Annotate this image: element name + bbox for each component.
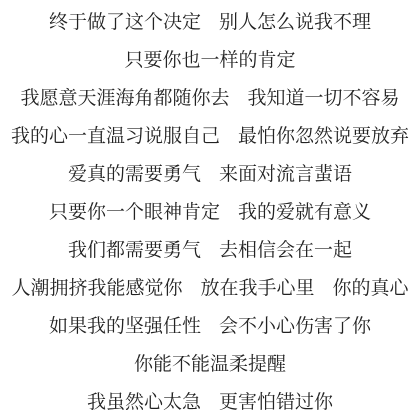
lyric-line: 我的心一直温习说服自己 最怕你忽然说要放弃 bbox=[0, 117, 420, 155]
lyric-line: 人潮拥挤我能感觉你 放在我手心里 你的真心 bbox=[0, 269, 420, 307]
lyric-segment: 只要你也一样的肯定 bbox=[124, 41, 295, 79]
lyric-segment: 我虽然心太急 bbox=[87, 383, 201, 420]
lyric-segment: 你能不能温柔提醒 bbox=[134, 345, 286, 383]
lyric-line: 爱真的需要勇气 来面对流言蜚语 bbox=[0, 155, 420, 193]
lyric-segment: 来面对流言蜚语 bbox=[219, 155, 352, 193]
lyric-segment: 更害怕错过你 bbox=[219, 383, 333, 420]
lyric-segment: 你的真心 bbox=[333, 269, 409, 307]
lyric-line: 只要你一个眼神肯定 我的爱就有意义 bbox=[0, 193, 420, 231]
lyric-segment: 爱真的需要勇气 bbox=[68, 155, 201, 193]
lyric-segment: 如果我的坚强任性 bbox=[49, 307, 201, 345]
lyric-line: 我愿意天涯海角都随你去 我知道一切不容易 bbox=[0, 79, 420, 117]
lyric-line: 终于做了这个决定 别人怎么说我不理 bbox=[0, 3, 420, 41]
lyric-line: 你能不能温柔提醒 bbox=[0, 345, 420, 383]
lyric-segment: 我愿意天涯海角都随你去 bbox=[20, 79, 229, 117]
lyric-segment: 我们都需要勇气 bbox=[68, 231, 201, 269]
lyric-segment: 只要你一个眼神肯定 bbox=[49, 193, 220, 231]
lyric-line: 如果我的坚强任性 会不小心伤害了你 bbox=[0, 307, 420, 345]
lyric-segment: 去相信会在一起 bbox=[219, 231, 352, 269]
lyric-segment: 终于做了这个决定 bbox=[49, 3, 201, 41]
lyric-segment: 别人怎么说我不理 bbox=[219, 3, 371, 41]
lyric-segment: 会不小心伤害了你 bbox=[219, 307, 371, 345]
lyric-line: 我虽然心太急 更害怕错过你 bbox=[0, 383, 420, 420]
lyric-line: 只要你也一样的肯定 bbox=[0, 41, 420, 79]
lyric-segment: 我的爱就有意义 bbox=[238, 193, 371, 231]
lyric-segment: 放在我手心里 bbox=[200, 269, 314, 307]
lyric-segment: 人潮拥挤我能感觉你 bbox=[11, 269, 182, 307]
lyric-segment: 我知道一切不容易 bbox=[248, 79, 400, 117]
lyric-line: 我们都需要勇气 去相信会在一起 bbox=[0, 231, 420, 269]
lyrics-text: 终于做了这个决定 别人怎么说我不理 只要你也一样的肯定 我愿意天涯海角都随你去 … bbox=[0, 3, 420, 420]
lyric-segment: 最怕你忽然说要放弃 bbox=[238, 117, 409, 155]
lyric-segment: 我的心一直温习说服自己 bbox=[11, 117, 220, 155]
